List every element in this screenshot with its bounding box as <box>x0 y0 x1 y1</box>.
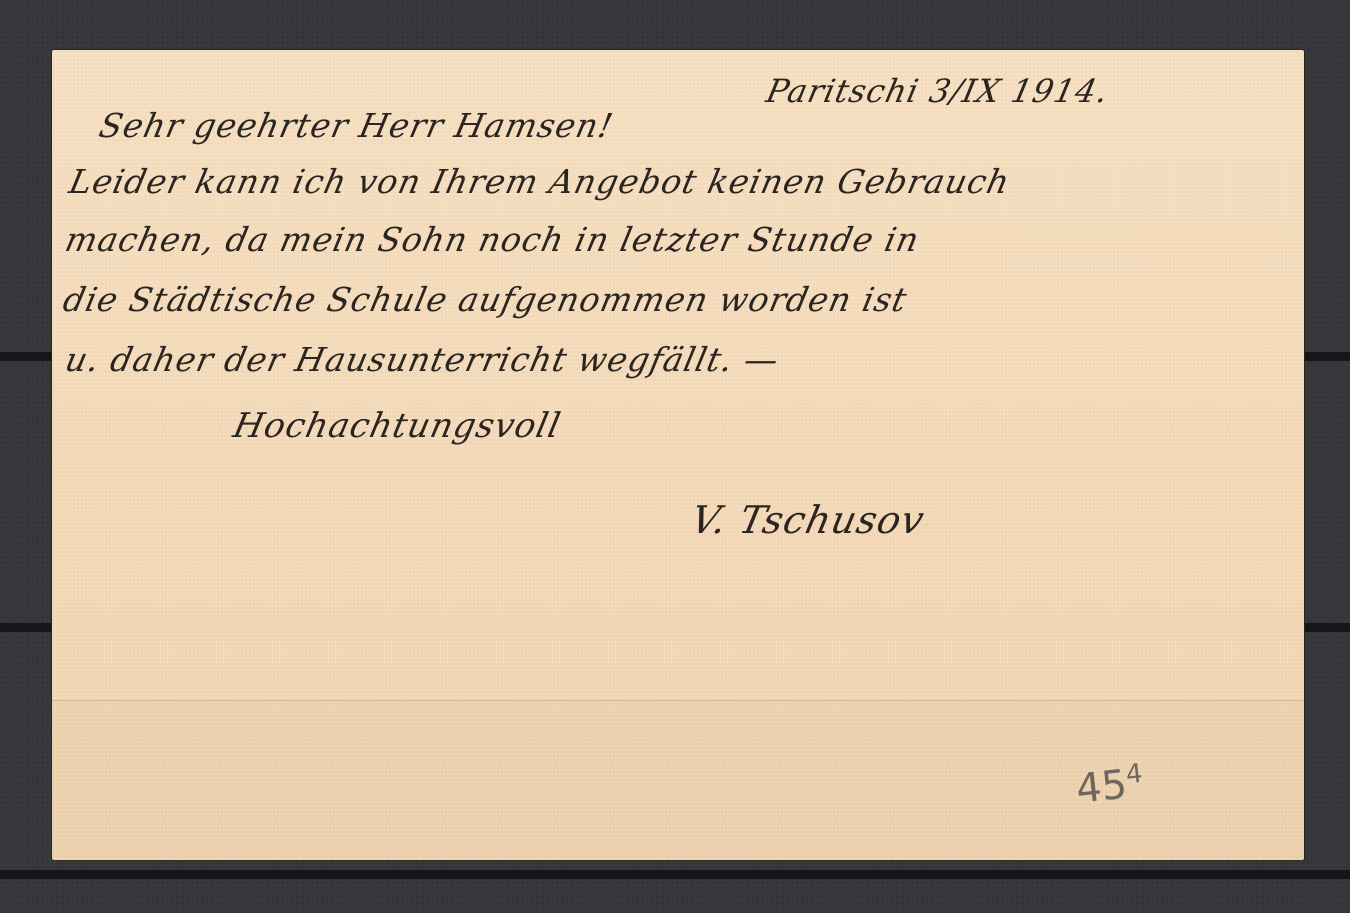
closing: Hochachtungsvoll <box>230 406 565 446</box>
body-line-3: die Städtische Schule aufgenommen worden… <box>60 280 911 319</box>
body-line-2: machen, da mein Sohn noch in letzter Stu… <box>62 220 923 259</box>
pencil-note-number: 45 <box>1074 762 1129 813</box>
body-line-4: u. daher der Hausunterricht wegfällt. — <box>62 340 783 379</box>
postcard: Paritschi 3/IX 1914. Sehr geehrter Herr … <box>52 50 1304 860</box>
salutation: Sehr geehrter Herr Hamsen! <box>96 106 617 145</box>
body-line-1: Leider kann ich von Ihrem Angebot keinen… <box>66 162 1014 201</box>
mount-strip <box>0 870 1350 879</box>
dateline: Paritschi 3/IX 1914. <box>763 72 1112 110</box>
signature: V. Tschusov <box>687 498 928 542</box>
pencil-note-superscript: 4 <box>1124 759 1144 791</box>
pencil-note: 454 <box>1074 759 1146 813</box>
